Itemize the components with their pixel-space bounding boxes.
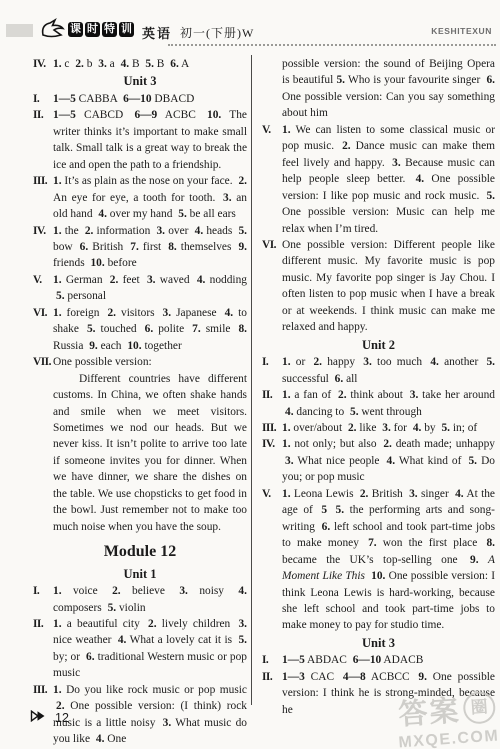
answer-entry: VI.One possible version: Different peopl… xyxy=(262,237,495,336)
section-numeral: V. xyxy=(262,122,282,138)
answer-text: 1. foreign 2. visitors 3. Japanese 4. to… xyxy=(53,307,247,352)
answer-text: One possible version: Different people l… xyxy=(282,239,495,333)
answer-entry: II.1. a fan of 2. think about 3. take he… xyxy=(262,387,495,420)
continued-answer-text: possible version: the sound of Beijing O… xyxy=(262,56,495,122)
answer-text: 1. German 2. feet 3. waved 4. nodding 5.… xyxy=(53,274,247,302)
brand-title-tiles: 课 时 特 训 xyxy=(68,22,134,37)
page-footer: 12 xyxy=(30,709,69,727)
brand-char-tile: 特 xyxy=(102,22,117,37)
answer-entry: I.1. voice 2. believe 3. noisy 4. compos… xyxy=(33,583,247,616)
module-heading: Module 12 xyxy=(33,544,247,560)
answer-text: 1. a fan of 2. think about 3. take her a… xyxy=(282,389,495,417)
section-numeral: II. xyxy=(33,107,53,123)
answer-entry: IV.1. not only; but also 2. death made; … xyxy=(262,436,495,485)
answer-text: 1. a beautiful city 2. lively children 3… xyxy=(53,618,247,679)
answer-entry: I.1. or 2. happy 3. too much 4. another … xyxy=(262,354,495,387)
section-numeral: V. xyxy=(262,486,282,502)
section-numeral: III. xyxy=(33,682,53,698)
column-divider-rule xyxy=(251,55,252,705)
section-numeral: IV. xyxy=(262,436,282,452)
answer-text: 1. It’s as plain as the nose on your fac… xyxy=(53,175,247,220)
answer-entry: III.1. over/about 2. like 3. for 4. by 5… xyxy=(262,420,495,436)
fast-forward-icon xyxy=(30,709,46,727)
section-numeral: I. xyxy=(262,652,282,668)
section-numeral: III. xyxy=(33,173,53,189)
edition-label: 初一(下册)W xyxy=(180,24,254,41)
left-column: IV.1. c 2. b 3. a 4. B 5. B 6. A Unit 3 … xyxy=(33,56,247,748)
answer-text: One possible version: xyxy=(53,356,152,368)
answer-text: 1—5 CABBA 6—10 DBACD xyxy=(53,93,194,105)
brand-char-tile: 课 xyxy=(68,22,83,37)
section-numeral: IV. xyxy=(33,223,53,239)
answer-entry: IV.1. c 2. b 3. a 4. B 5. B 6. A xyxy=(33,56,247,72)
answer-entry: VI.1. foreign 2. visitors 3. Japanese 4.… xyxy=(33,305,247,354)
subject-label: 英语 xyxy=(142,23,172,42)
unit-heading: Unit 3 xyxy=(33,73,247,89)
unit-heading: Unit 2 xyxy=(262,337,495,353)
answer-text: 1. c 2. b 3. a 4. B 5. B 6. A xyxy=(53,58,189,70)
answer-site-watermark: 答案 圈 MXQE.COM xyxy=(395,686,500,749)
answer-text: 1. We can listen to some classical music… xyxy=(282,124,495,235)
answer-entry: II.1. a beautiful city 2. lively childre… xyxy=(33,616,247,682)
answer-text: 1. the 2. information 3. over 4. heads 5… xyxy=(53,225,247,270)
answer-entry: V.1. German 2. feet 3. waved 4. nodding … xyxy=(33,272,247,305)
answer-text: 1. Leona Lewis 2. British 3. singer 4. A… xyxy=(282,488,495,632)
answer-text: 1. or 2. happy 3. too much 4. another 5.… xyxy=(282,356,495,384)
answer-text: 1. over/about 2. like 3. for 4. by 5. in… xyxy=(282,422,477,434)
answer-entry: I.1—5 CABBA 6—10 DBACD xyxy=(33,91,247,107)
unit-heading: Unit 1 xyxy=(33,566,247,582)
answer-entry: VII.One possible version: xyxy=(33,354,247,370)
page-header: 课 时 特 训 英语 初一(下册)W KESHITEXUN xyxy=(0,0,500,52)
watermark-cn-text: 答案 xyxy=(397,688,462,733)
answer-entry: III.1. It’s as plain as the nose on your… xyxy=(33,173,247,222)
answer-entry: II.1—5 CABCD 6—9 ACBC 10. The writer thi… xyxy=(33,107,247,173)
essay-paragraph: Different countries have different custo… xyxy=(33,371,247,536)
section-numeral: I. xyxy=(33,91,53,107)
answer-text: 1—5 CABCD 6—9 ACBC 10. The writer thinks… xyxy=(53,109,247,170)
section-numeral: V. xyxy=(33,272,53,288)
answer-text: 1. Do you like rock music or pop music 2… xyxy=(53,684,247,745)
page-number: 12 xyxy=(55,711,69,725)
answer-entry: V.1. We can listen to some classical mus… xyxy=(262,122,495,237)
watermark-circle-seal: 圈 xyxy=(462,690,496,724)
brand-char-tile: 训 xyxy=(119,22,134,37)
answer-text: 1. not only; but also 2. death made; unh… xyxy=(282,438,495,483)
answer-entry: I.1—5 ABDAC 6—10 ADACB xyxy=(262,652,495,668)
answer-key-page: 课 时 特 训 英语 初一(下册)W KESHITEXUN IV.1. c 2.… xyxy=(0,0,500,749)
answer-text: 1. voice 2. believe 3. noisy 4. composer… xyxy=(53,585,247,613)
brand-romanized-label: KESHITEXUN xyxy=(431,26,492,36)
brand-char-tile: 时 xyxy=(85,22,100,37)
section-numeral: VII. xyxy=(33,354,53,370)
answer-entry: V.1. Leona Lewis 2. British 3. singer 4.… xyxy=(262,486,495,634)
section-numeral: IV. xyxy=(33,56,53,72)
right-column: possible version: the sound of Beijing O… xyxy=(262,56,495,718)
section-numeral: III. xyxy=(262,420,282,436)
section-numeral: I. xyxy=(33,583,53,599)
unit-heading: Unit 3 xyxy=(262,635,495,651)
scan-artifact-box xyxy=(6,24,33,37)
answer-text: possible version: the sound of Beijing O… xyxy=(282,58,495,119)
brand-logo-icon xyxy=(40,18,66,45)
header-dotted-rule xyxy=(168,44,496,46)
section-numeral: II. xyxy=(262,669,282,685)
section-numeral: VI. xyxy=(33,305,53,321)
section-numeral: VI. xyxy=(262,237,282,253)
answer-entry: IV.1. the 2. information 3. over 4. head… xyxy=(33,223,247,272)
section-numeral: II. xyxy=(33,616,53,632)
answer-text: 1—5 ABDAC 6—10 ADACB xyxy=(282,654,423,666)
section-numeral: II. xyxy=(262,387,282,403)
section-numeral: I. xyxy=(262,354,282,370)
